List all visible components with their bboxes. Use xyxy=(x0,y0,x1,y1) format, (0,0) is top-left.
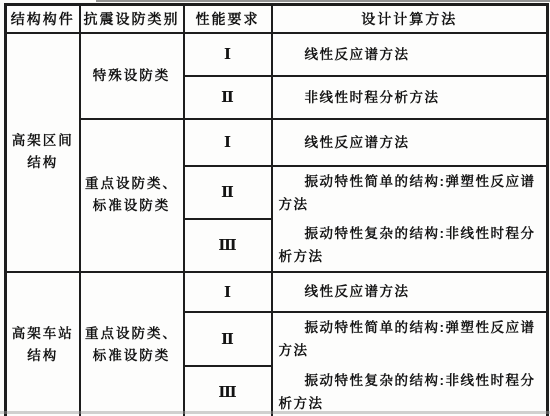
method-text: 线性反应谱方法 xyxy=(279,43,539,66)
category-cell-key-standard: 重点设防类、 标准设防类 xyxy=(80,119,184,272)
category-cell-special: 特殊设防类 xyxy=(80,33,184,119)
table-row: 高架区间 结构 特殊设防类 Ⅰ 线性反应谱方法 xyxy=(6,33,548,76)
component-line: 高架车站 xyxy=(7,323,79,345)
component-cell-viaduct-station: 高架车站 结构 xyxy=(6,272,80,416)
performance-level-cell: Ⅱ xyxy=(184,312,272,366)
scan-artifact-top xyxy=(96,0,550,2)
method-cell: 振动特性复杂的结构:非线性时程分析方法 xyxy=(272,366,548,416)
performance-level-cell: Ⅲ xyxy=(184,219,272,272)
performance-level-cell: Ⅰ xyxy=(184,33,272,76)
component-line: 高架区间 xyxy=(7,130,79,152)
performance-level-cell: Ⅱ xyxy=(184,76,272,119)
category-line: 特殊设防类 xyxy=(81,65,183,87)
performance-level-cell: Ⅰ xyxy=(184,119,272,166)
header-row: 结构构件 抗震设防类别 性能要求 设计计算方法 xyxy=(6,5,548,33)
method-text: 非线性时程分析方法 xyxy=(279,86,539,109)
category-line: 重点设防类、 xyxy=(81,323,183,345)
table-row: 高架车站 结构 重点设防类、 标准设防类 Ⅰ 线性反应谱方法 xyxy=(6,272,548,312)
performance-level-cell: Ⅲ xyxy=(184,366,272,416)
method-text: 线性反应谱方法 xyxy=(279,131,539,154)
method-cell: 非线性时程分析方法 xyxy=(272,76,548,119)
header-design-calculation-method: 设计计算方法 xyxy=(272,5,548,33)
header-performance-requirement: 性能要求 xyxy=(184,5,272,33)
table-row: 重点设防类、 标准设防类 Ⅰ 线性反应谱方法 xyxy=(6,119,548,166)
method-cell: 振动特性简单的结构:弹塑性反应谱方法 xyxy=(272,166,548,219)
header-fortification-category: 抗震设防类别 xyxy=(80,5,184,33)
scan-artifact-bottom xyxy=(0,411,550,414)
method-text: 振动特性简单的结构:弹塑性反应谱方法 xyxy=(279,170,539,216)
category-line: 标准设防类 xyxy=(81,195,183,217)
category-line: 标准设防类 xyxy=(81,345,183,367)
performance-level-cell: Ⅰ xyxy=(184,272,272,312)
category-line: 重点设防类、 xyxy=(81,173,183,195)
method-text: 振动特性简单的结构:弹塑性反应谱方法 xyxy=(279,316,539,362)
method-cell: 线性反应谱方法 xyxy=(272,33,548,76)
performance-level-cell: Ⅱ xyxy=(184,166,272,219)
method-text: 振动特性复杂的结构:非线性时程分析方法 xyxy=(279,222,539,268)
component-line: 结构 xyxy=(7,345,79,367)
seismic-design-method-table: 结构构件 抗震设防类别 性能要求 设计计算方法 高架区间 结构 特殊设防类 Ⅰ … xyxy=(4,3,549,416)
method-cell: 振动特性复杂的结构:非线性时程分析方法 xyxy=(272,219,548,272)
component-line: 结构 xyxy=(7,152,79,174)
method-cell: 振动特性简单的结构:弹塑性反应谱方法 xyxy=(272,312,548,366)
header-structural-component: 结构构件 xyxy=(6,5,80,33)
document-scan: 结构构件 抗震设防类别 性能要求 设计计算方法 高架区间 结构 特殊设防类 Ⅰ … xyxy=(4,3,549,416)
method-text: 线性反应谱方法 xyxy=(279,280,539,303)
method-cell: 线性反应谱方法 xyxy=(272,272,548,312)
category-cell-key-standard: 重点设防类、 标准设防类 xyxy=(80,272,184,416)
method-cell: 线性反应谱方法 xyxy=(272,119,548,166)
method-text: 振动特性复杂的结构:非线性时程分析方法 xyxy=(279,369,539,415)
component-cell-viaduct-section: 高架区间 结构 xyxy=(6,33,80,272)
